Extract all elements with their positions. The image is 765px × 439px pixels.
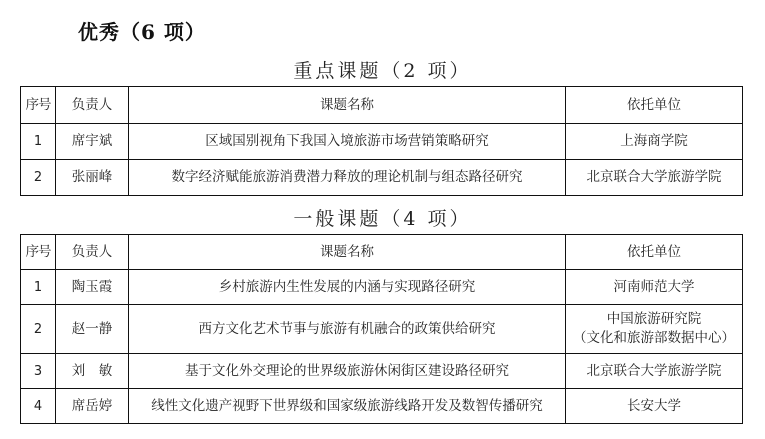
header-org: 依托单位: [566, 87, 743, 124]
cell-org: 河南师范大学: [566, 270, 743, 305]
cell-no: 3: [21, 354, 56, 389]
cell-person: 席宇斌: [56, 124, 129, 160]
cell-org: 北京联合大学旅游学院: [566, 354, 743, 389]
table-row: 2 赵一静 西方文化艺术节事与旅游有机融合的政策供给研究 中国旅游研究院 （文化…: [21, 305, 743, 354]
header-topic: 课题名称: [129, 235, 566, 270]
header-no: 序号: [21, 235, 56, 270]
general-projects-table: 序号 负责人 课题名称 依托单位 1 陶玉霞 乡村旅游内生性发展的内涵与实现路径…: [20, 234, 743, 424]
header-topic: 课题名称: [129, 87, 566, 124]
cell-no: 1: [21, 124, 56, 160]
org-line-2: （文化和旅游部数据中心）: [568, 329, 740, 348]
cell-topic: 西方文化艺术节事与旅游有机融合的政策供给研究: [129, 305, 566, 354]
cell-topic: 数字经济赋能旅游消费潜力释放的理论机制与组态路径研究: [129, 160, 566, 196]
table-header-row: 序号 负责人 课题名称 依托单位: [21, 235, 743, 270]
page-title: 优秀（6 项）: [78, 16, 206, 45]
cell-person: 陶玉霞: [56, 270, 129, 305]
cell-person: 刘 敏: [56, 354, 129, 389]
cell-no: 2: [21, 305, 56, 354]
cell-no: 1: [21, 270, 56, 305]
cell-org: 中国旅游研究院 （文化和旅游部数据中心）: [566, 305, 743, 354]
cell-topic: 线性文化遗产视野下世界级和国家级旅游线路开发及数智传播研究: [129, 389, 566, 424]
org-line-1: 中国旅游研究院: [568, 310, 740, 329]
key-projects-table: 序号 负责人 课题名称 依托单位 1 席宇斌 区域国别视角下我国入境旅游市场营销…: [20, 86, 743, 196]
cell-org: 长安大学: [566, 389, 743, 424]
cell-org: 北京联合大学旅游学院: [566, 160, 743, 196]
header-no: 序号: [21, 87, 56, 124]
cell-org: 上海商学院: [566, 124, 743, 160]
header-person: 负责人: [56, 235, 129, 270]
table-row: 3 刘 敏 基于文化外交理论的世界级旅游休闲街区建设路径研究 北京联合大学旅游学…: [21, 354, 743, 389]
cell-topic: 区域国别视角下我国入境旅游市场营销策略研究: [129, 124, 566, 160]
section-title-general-projects: 一般课题（4 项）: [0, 204, 765, 231]
cell-person: 赵一静: [56, 305, 129, 354]
cell-no: 4: [21, 389, 56, 424]
cell-topic: 基于文化外交理论的世界级旅游休闲街区建设路径研究: [129, 354, 566, 389]
table-row: 1 陶玉霞 乡村旅游内生性发展的内涵与实现路径研究 河南师范大学: [21, 270, 743, 305]
section-title-key-projects: 重点课题（2 项）: [0, 56, 765, 83]
table-header-row: 序号 负责人 课题名称 依托单位: [21, 87, 743, 124]
table-row: 4 席岳婷 线性文化遗产视野下世界级和国家级旅游线路开发及数智传播研究 长安大学: [21, 389, 743, 424]
table-row: 1 席宇斌 区域国别视角下我国入境旅游市场营销策略研究 上海商学院: [21, 124, 743, 160]
header-org: 依托单位: [566, 235, 743, 270]
cell-no: 2: [21, 160, 56, 196]
header-person: 负责人: [56, 87, 129, 124]
cell-person: 张丽峰: [56, 160, 129, 196]
cell-topic: 乡村旅游内生性发展的内涵与实现路径研究: [129, 270, 566, 305]
cell-person: 席岳婷: [56, 389, 129, 424]
table-row: 2 张丽峰 数字经济赋能旅游消费潜力释放的理论机制与组态路径研究 北京联合大学旅…: [21, 160, 743, 196]
